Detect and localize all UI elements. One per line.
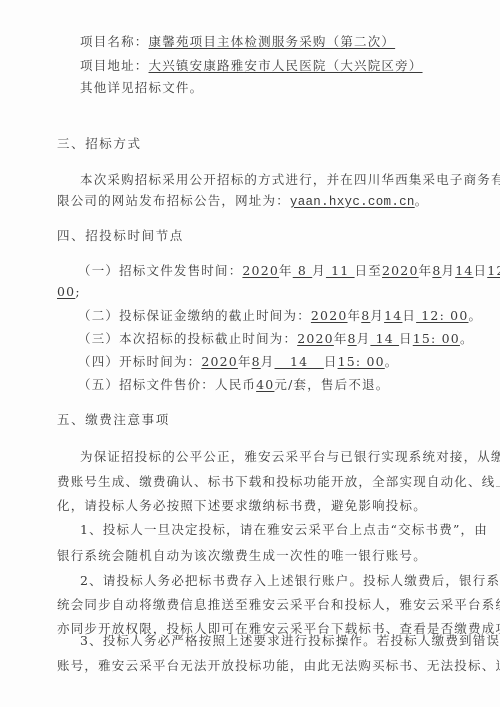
timeline-item-2: （二）投标保证金缴纳的截止时间为：2020年8月14日 12: 00。 [78, 308, 482, 324]
point1-line1: 1、投标人一旦决定投标，请在雅安云采平台上点击“交标书费”，由 [80, 522, 488, 538]
unit-year: 年 [348, 308, 362, 323]
unit-month: 月 [441, 263, 455, 278]
item1-label: （一）招标文件发售时间： [78, 263, 242, 278]
unit-day: 日 [474, 263, 488, 278]
unit-month: 月 [370, 308, 384, 323]
unit-month: 月 [357, 331, 371, 346]
item1-day-start: 11 [326, 263, 355, 278]
website-url: yaan.hxyc.com.cn [290, 195, 415, 209]
point3-line1: 3、投标人务必严格按照上述要求进行投标操作。若投标人缴费到错误 [80, 633, 500, 649]
item4-month: 8 [252, 354, 261, 369]
section5-intro-line3: 化，请投标人务必按照下述要求缴纳标书费，避免影响投标。 [57, 498, 427, 514]
item1-month-start: 8 [293, 263, 313, 278]
section4-heading: 四、招投标时间节点 [57, 228, 184, 244]
section3-para-line2: 限公司的网站发布招标公告，网址为：yaan.hxyc.com.cn。 [57, 193, 428, 210]
item1-day-end: 14 [455, 263, 473, 278]
item2-year: 2020 [311, 308, 348, 323]
unit-day: 日 [399, 331, 413, 346]
item1-time-hour: 12: [487, 263, 500, 278]
period: 。 [415, 193, 429, 208]
project-other-note: 其他详见招标文件。 [80, 80, 203, 96]
section5-intro-line2: 费账号生成、缴费确认、标书下载和投标功能开放，全部实现自动化、线上 [57, 474, 500, 490]
unit-day: 日 [402, 308, 416, 323]
timeline-item-5: （五）招标文件售价：人民币40元/套，售后不退。 [78, 377, 389, 393]
item3-day: 14 [370, 331, 399, 346]
period: 。 [468, 308, 482, 323]
unit-month: 月 [261, 354, 275, 369]
document-page: 项目名称：康馨苑项目主体检测服务采购（第二次） 项目地址：大兴镇安康路雅安市人民… [0, 0, 500, 707]
unit-year: 年 [419, 263, 433, 278]
unit-year: 年 [279, 263, 293, 278]
section5-heading: 五、缴费注意事项 [57, 412, 170, 428]
item1-year-start: 2020 [242, 263, 279, 278]
point2-line1: 2、请投标人务必把标书费存入上述银行账户。投标人缴费后，银行系 [80, 573, 500, 589]
timeline-item-3: （三）本次招标的投标截止时间为：2020年8月 14 日15: 00。 [78, 331, 474, 347]
item4-label: （四）开标时间为： [78, 354, 201, 369]
item4-day: 14 [275, 354, 324, 369]
item3-month: 8 [348, 331, 357, 346]
unit-day: 日 [324, 354, 338, 369]
item2-day: 14 [384, 308, 402, 323]
semicolon: ; [75, 284, 80, 299]
unit-year: 年 [334, 331, 348, 346]
unit-year: 年 [238, 354, 252, 369]
point3-line2: 账号，雅安云采平台无法开放投标功能，由此无法购买标书、无法投标、退 [57, 658, 500, 674]
unit-month: 月 [312, 263, 326, 278]
item2-time: 12: 00 [416, 308, 468, 323]
section3-para-text: 限公司的网站发布招标公告，网址为： [57, 193, 290, 208]
unit-day-to: 日至 [355, 263, 382, 278]
point2-line2: 统会同步自动将缴费信息推送至雅安云采平台和投标人，雅安云采平台系统 [57, 597, 500, 613]
timeline-item-4: （四）开标时间为：2020年8月 14 日15: 00。 [78, 354, 398, 370]
section3-heading: 三、招标方式 [57, 136, 142, 152]
project-address-label: 项目地址： [80, 58, 149, 73]
project-name-label: 项目名称： [80, 34, 149, 49]
item4-year: 2020 [201, 354, 238, 369]
item5-suffix: 元/套，售后不退。 [274, 377, 389, 392]
item3-label: （三）本次招标的投标截止时间为： [78, 331, 297, 346]
period: 。 [460, 331, 474, 346]
item5-label: （五）招标文件售价：人民币 [78, 377, 256, 392]
item3-year: 2020 [297, 331, 334, 346]
period: 。 [385, 354, 399, 369]
project-name-line: 项目名称：康馨苑项目主体检测服务采购（第二次） [80, 34, 395, 50]
point1-line2: 银行系统会随机自动为该次缴费生成一次性的唯一银行账号。 [57, 548, 427, 564]
item1-time-minute: 00 [57, 284, 75, 299]
timeline-item-1: （一）招标文件发售时间：2020年 8 月 11 日至2020年8月14日12: [78, 263, 500, 279]
item5-price: 40 [256, 377, 274, 392]
timeline-item-1-cont: 00; [57, 284, 81, 300]
item1-year-end: 2020 [382, 263, 419, 278]
item3-time: 15: 00 [413, 331, 460, 346]
project-name-value: 康馨苑项目主体检测服务采购（第二次） [149, 34, 396, 49]
section5-intro-line1: 为保证招投标的公平公正，雅安云采平台与已银行实现系统对接，从缴 [80, 449, 500, 465]
project-address-line: 项目地址：大兴镇安康路雅安市人民医院（大兴院区旁） [80, 58, 423, 74]
section3-para-line1: 本次采购招标采用公开招标的方式进行，并在四川华西集采电子商务有 [80, 172, 500, 188]
project-address-value: 大兴镇安康路雅安市人民医院（大兴院区旁） [149, 58, 423, 73]
item2-label: （二）投标保证金缴纳的截止时间为： [78, 308, 311, 323]
item4-time: 15: 00 [338, 354, 385, 369]
